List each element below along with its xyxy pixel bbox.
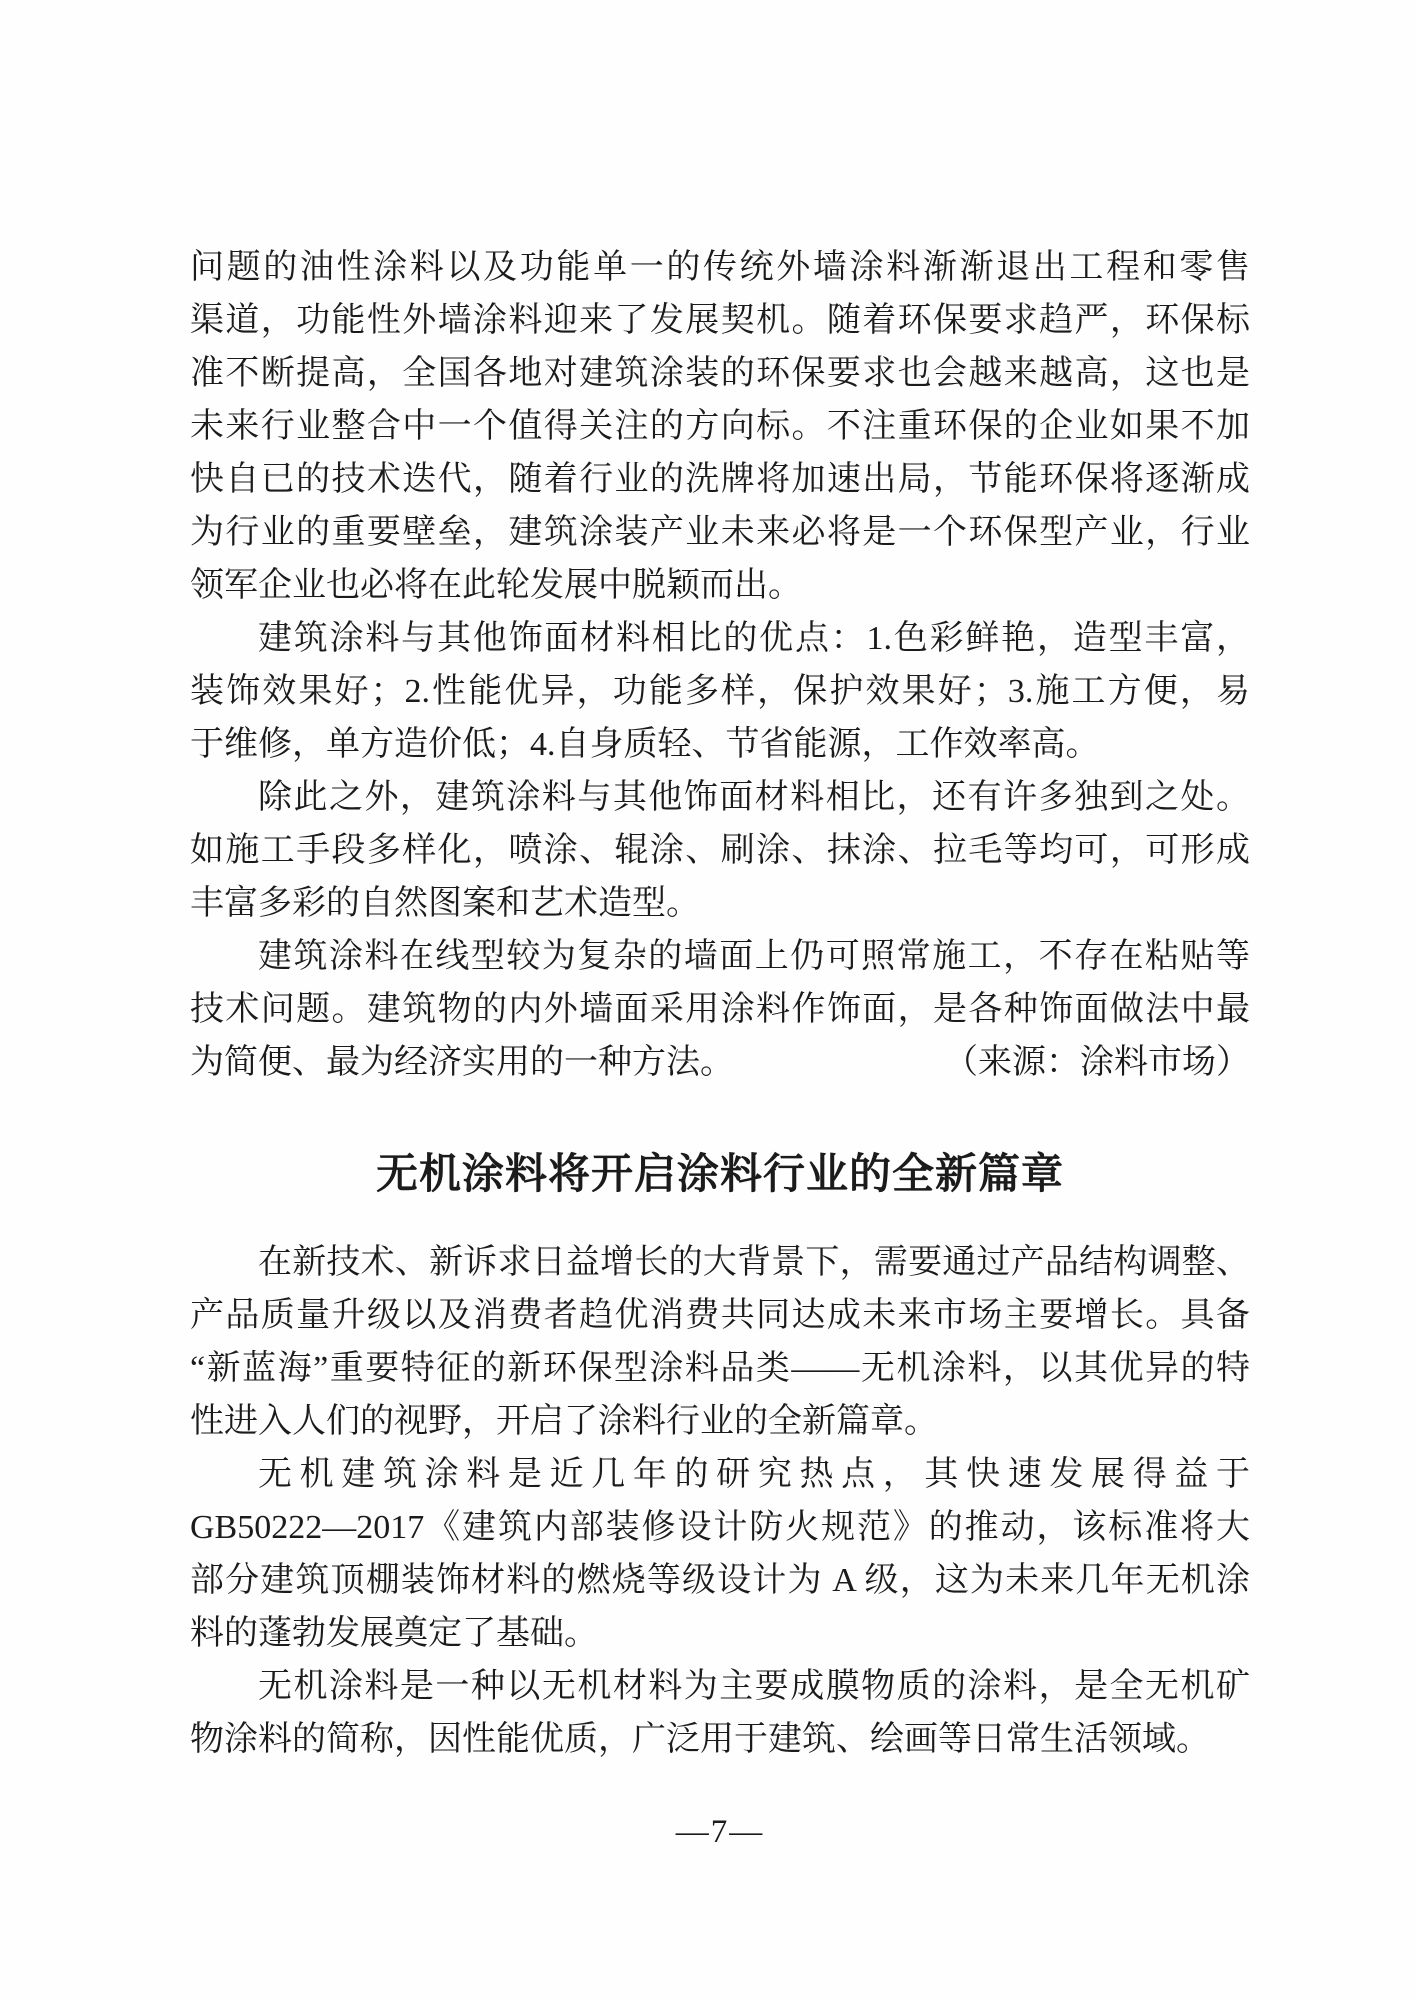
text-line: “新蓝海”重要特征的新环保型涂料品类——无机涂料，以其优异的特 [190, 1342, 1250, 1395]
text-line: 产品质量升级以及消费者趋优消费共同达成未来市场主要增长。具备 [190, 1289, 1250, 1342]
text-line: 丰富多彩的自然图案和艺术造型。 [190, 877, 1250, 930]
text-line: GB50222—2017《建筑内部装修设计防火规范》的推动，该标准将大 [190, 1501, 1250, 1554]
text-line: 准不断提高，全国各地对建筑涂装的环保要求也会越来越高，这也是 [190, 347, 1250, 400]
text-line: 技术问题。建筑物的内外墙面采用涂料作饰面，是各种饰面做法中最 [190, 983, 1250, 1036]
text-line: 为行业的重要壁垒，建筑涂装产业未来必将是一个环保型产业，行业 [190, 506, 1250, 559]
text-line: 除此之外，建筑涂料与其他饰面材料相比，还有许多独到之处。 [190, 771, 1250, 824]
source-attribution: （来源：涂料市场） [944, 1036, 1250, 1089]
text-line: 建筑涂料在线型较为复杂的墙面上仍可照常施工，不存在粘贴等 [190, 930, 1250, 983]
text-line: 部分建筑顶棚装饰材料的燃烧等级设计为 A 级，这为未来几年无机涂 [190, 1554, 1250, 1607]
text-line: 性进入人们的视野，开启了涂料行业的全新篇章。 [190, 1395, 1250, 1448]
text-line: 装饰效果好；2.性能优异，功能多样，保护效果好；3.施工方便，易 [190, 665, 1250, 718]
text-line: 未来行业整合中一个值得关注的方向标。不注重环保的企业如果不加 [190, 400, 1250, 453]
closing-text: 为简便、最为经济实用的一种方法。 [190, 1036, 734, 1089]
text-line: 领军企业也必将在此轮发展中脱颖而出。 [190, 559, 1250, 612]
text-line: 无机涂料是一种以无机材料为主要成膜物质的涂料，是全无机矿 [190, 1660, 1250, 1713]
text-line: 料的蓬勃发展奠定了基础。 [190, 1607, 1250, 1660]
article-title: 无机涂料将开启涂料行业的全新篇章 [190, 1145, 1250, 1205]
text-line: 建筑涂料与其他饰面材料相比的优点：1.色彩鲜艳，造型丰富， [190, 612, 1250, 665]
text-line: 如施工手段多样化，喷涂、辊涂、刷涂、抹涂、拉毛等均可，可形成 [190, 824, 1250, 877]
text-line-with-source: 为简便、最为经济实用的一种方法。 （来源：涂料市场） [190, 1036, 1250, 1089]
document-page: 问题的油性涂料以及功能单一的传统外墙涂料渐渐退出工程和零售 渠道，功能性外墙涂料… [0, 0, 1415, 2000]
text-line: 无机建筑涂料是近几年的研究热点，其快速发展得益于 [190, 1448, 1250, 1501]
text-line: 在新技术、新诉求日益增长的大背景下，需要通过产品结构调整、 [190, 1236, 1250, 1289]
text-column: 问题的油性涂料以及功能单一的传统外墙涂料渐渐退出工程和零售 渠道，功能性外墙涂料… [190, 241, 1250, 1852]
text-line: 物涂料的简称，因性能优质，广泛用于建筑、绘画等日常生活领域。 [190, 1713, 1250, 1766]
text-line: 快自已的技术迭代，随着行业的洗牌将加速出局，节能环保将逐渐成 [190, 453, 1250, 506]
text-line: 渠道，功能性外墙涂料迎来了发展契机。随着环保要求趋严，环保标 [190, 294, 1250, 347]
text-line: 于维修，单方造价低；4.自身质轻、节省能源，工作效率高。 [190, 718, 1250, 771]
page-number: —7— [190, 1812, 1250, 1852]
text-line: 问题的油性涂料以及功能单一的传统外墙涂料渐渐退出工程和零售 [190, 241, 1250, 294]
